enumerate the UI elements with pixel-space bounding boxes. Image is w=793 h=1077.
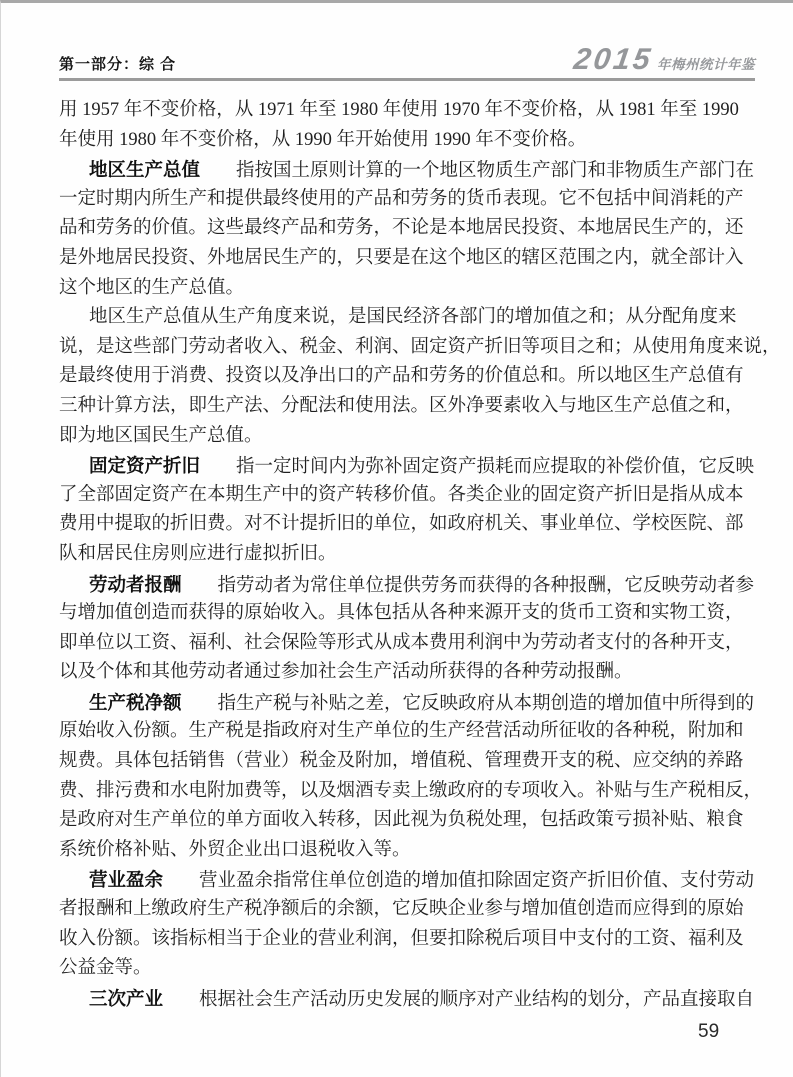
paragraph: 营业盈余营业盈余指常住单位创造的增加值扣除固定资产折旧价值、支付劳动者报酬和上缴… — [59, 865, 741, 983]
term-label: 生产税净额 — [89, 692, 182, 713]
term-label: 固定资产折旧 — [89, 455, 200, 476]
text-line: 与增加值创造而获得的原始收入。具体包括从各种来源开支的货币工资和实物工资， — [59, 599, 741, 629]
text-line: 三次产业根据社会生产活动历史发展的顺序对产业结构的划分，产品直接取自 — [59, 984, 741, 1014]
paragraph: 劳动者报酬指劳动者为常住单位提供劳务而获得的各种报酬，它反映劳动者参与增加值创造… — [59, 570, 741, 688]
text-line: 者报酬和上缴政府生产税净额后的余额，它反映企业参与增加值创造而应得到的原始 — [59, 895, 741, 925]
body-text: 用 1957 年不变价格，从 1971 年至 1980 年使用 1970 年不变… — [59, 96, 741, 1013]
text-line: 用 1957 年不变价格，从 1971 年至 1980 年使用 1970 年不变… — [59, 96, 741, 126]
term-label: 营业盈余 — [89, 869, 163, 890]
text-line: 地区生产总值从生产角度来说，是国民经济各部门的增加值之和；从分配角度来 — [59, 303, 741, 333]
text-line: 是政府对生产单位的单方面收入转移，因此视为负税处理，包括政策亏损补贴、粮食 — [59, 806, 741, 836]
text-line: 品和劳务的价值。这些最终产品和劳务，不论是本地居民投资、本地居民生产的，还 — [59, 214, 741, 244]
text-line: 系统价格补贴、外贸企业出口退税收入等。 — [59, 836, 741, 866]
paragraph: 固定资产折旧指一定时间内为弥补固定资产损耗而应提取的补偿价值，它反映了全部固定资… — [59, 451, 741, 569]
text-line: 营业盈余营业盈余指常住单位创造的增加值扣除固定资产折旧价值、支付劳动 — [59, 865, 741, 895]
text-line: 年使用 1980 年不变价格，从 1990 年开始使用 1990 年不变价格。 — [59, 126, 741, 156]
text-line: 固定资产折旧指一定时间内为弥补固定资产损耗而应提取的补偿价值，它反映 — [59, 451, 741, 481]
yearbook-logo: 2015年梅州统计年鉴 — [574, 43, 755, 77]
text-line: 一定时期内所生产和提供最终使用的产品和劳务的货币表现。它不包括中间消耗的产 — [59, 185, 741, 215]
text-line: 是最终使用于消费、投资以及净出口的产品和劳务的价值总和。所以地区生产总值有 — [59, 362, 741, 392]
paragraph: 生产税净额指生产税与补贴之差，它反映政府从本期创造的增加值中所得到的原始收入份额… — [59, 688, 741, 866]
text-line: 说，是这些部门劳动者收入、税金、利润、固定资产折旧等项目之和；从使用角度来说， — [59, 333, 741, 363]
logo-title: 年梅州统计年鉴 — [657, 57, 755, 72]
text-line: 地区生产总值指按国土原则计算的一个地区物质生产部门和非物质生产部门在 — [59, 155, 741, 185]
text-line: 费、排污费和水电附加费等，以及烟酒专卖上缴政府的专项收入。补贴与生产税相反， — [59, 777, 741, 807]
term-label: 地区生产总值 — [89, 159, 200, 180]
logo-year: 2015 — [572, 43, 656, 77]
text-line: 这个地区的生产总值。 — [59, 274, 741, 304]
text-line: 队和居民住房则应进行虚拟折旧。 — [59, 540, 741, 570]
paragraph: 地区生产总值从生产角度来说，是国民经济各部门的增加值之和；从分配角度来说，是这些… — [59, 303, 741, 451]
term-label: 劳动者报酬 — [89, 574, 182, 595]
paragraph: 三次产业根据社会生产活动历史发展的顺序对产业结构的划分，产品直接取自 — [59, 984, 741, 1014]
text-line: 劳动者报酬指劳动者为常住单位提供劳务而获得的各种报酬，它反映劳动者参 — [59, 570, 741, 600]
text-line: 公益金等。 — [59, 954, 741, 984]
text-line: 了全部固定资产在本期生产中的资产转移价值。各类企业的固定资产折旧是指从成本 — [59, 481, 741, 511]
text-line: 以及个体和其他劳动者通过参加社会生产活动所获得的各种劳动报酬。 — [59, 658, 741, 688]
text-line: 三种计算方法，即生产法、分配法和使用法。区外净要素收入与地区生产总值之和， — [59, 392, 741, 422]
text-line: 规费。具体包括销售（营业）税金及附加，增值税、管理费开支的税、应交纳的养路 — [59, 747, 741, 777]
paragraph: 用 1957 年不变价格，从 1971 年至 1980 年使用 1970 年不变… — [59, 96, 741, 155]
page-number: 59 — [698, 1021, 719, 1043]
text-line: 收入份额。该指标相当于企业的营业利润，但要扣除税后项目中支付的工资、福利及 — [59, 925, 741, 955]
text-line: 即单位以工资、福利、社会保险等形式从成本费用利润中为劳动者支付的各种开支， — [59, 629, 741, 659]
paragraph: 地区生产总值指按国土原则计算的一个地区物质生产部门和非物质生产部门在一定时期内所… — [59, 155, 741, 303]
header-rule — [59, 78, 755, 81]
text-line: 原始收入份额。生产税是指政府对生产单位的生产经营活动所征收的各种税，附加和 — [59, 717, 741, 747]
text-line: 费用中提取的折旧费。对不计提折旧的单位，如政府机关、事业单位、学校医院、部 — [59, 510, 741, 540]
yearbook-page: 第一部分：综 合 2015年梅州统计年鉴 用 1957 年不变价格，从 1971… — [0, 0, 793, 1077]
page-header: 第一部分：综 合 2015年梅州统计年鉴 — [59, 43, 755, 77]
term-label: 三次产业 — [89, 988, 163, 1009]
text-line: 即为地区国民生产总值。 — [59, 422, 741, 452]
text-line: 是外地居民投资、外地居民生产的，只要是在这个地区的辖区范围之内，就全部计入 — [59, 244, 741, 274]
text-line: 生产税净额指生产税与补贴之差，它反映政府从本期创造的增加值中所得到的 — [59, 688, 741, 718]
section-label: 第一部分：综 合 — [59, 53, 176, 74]
